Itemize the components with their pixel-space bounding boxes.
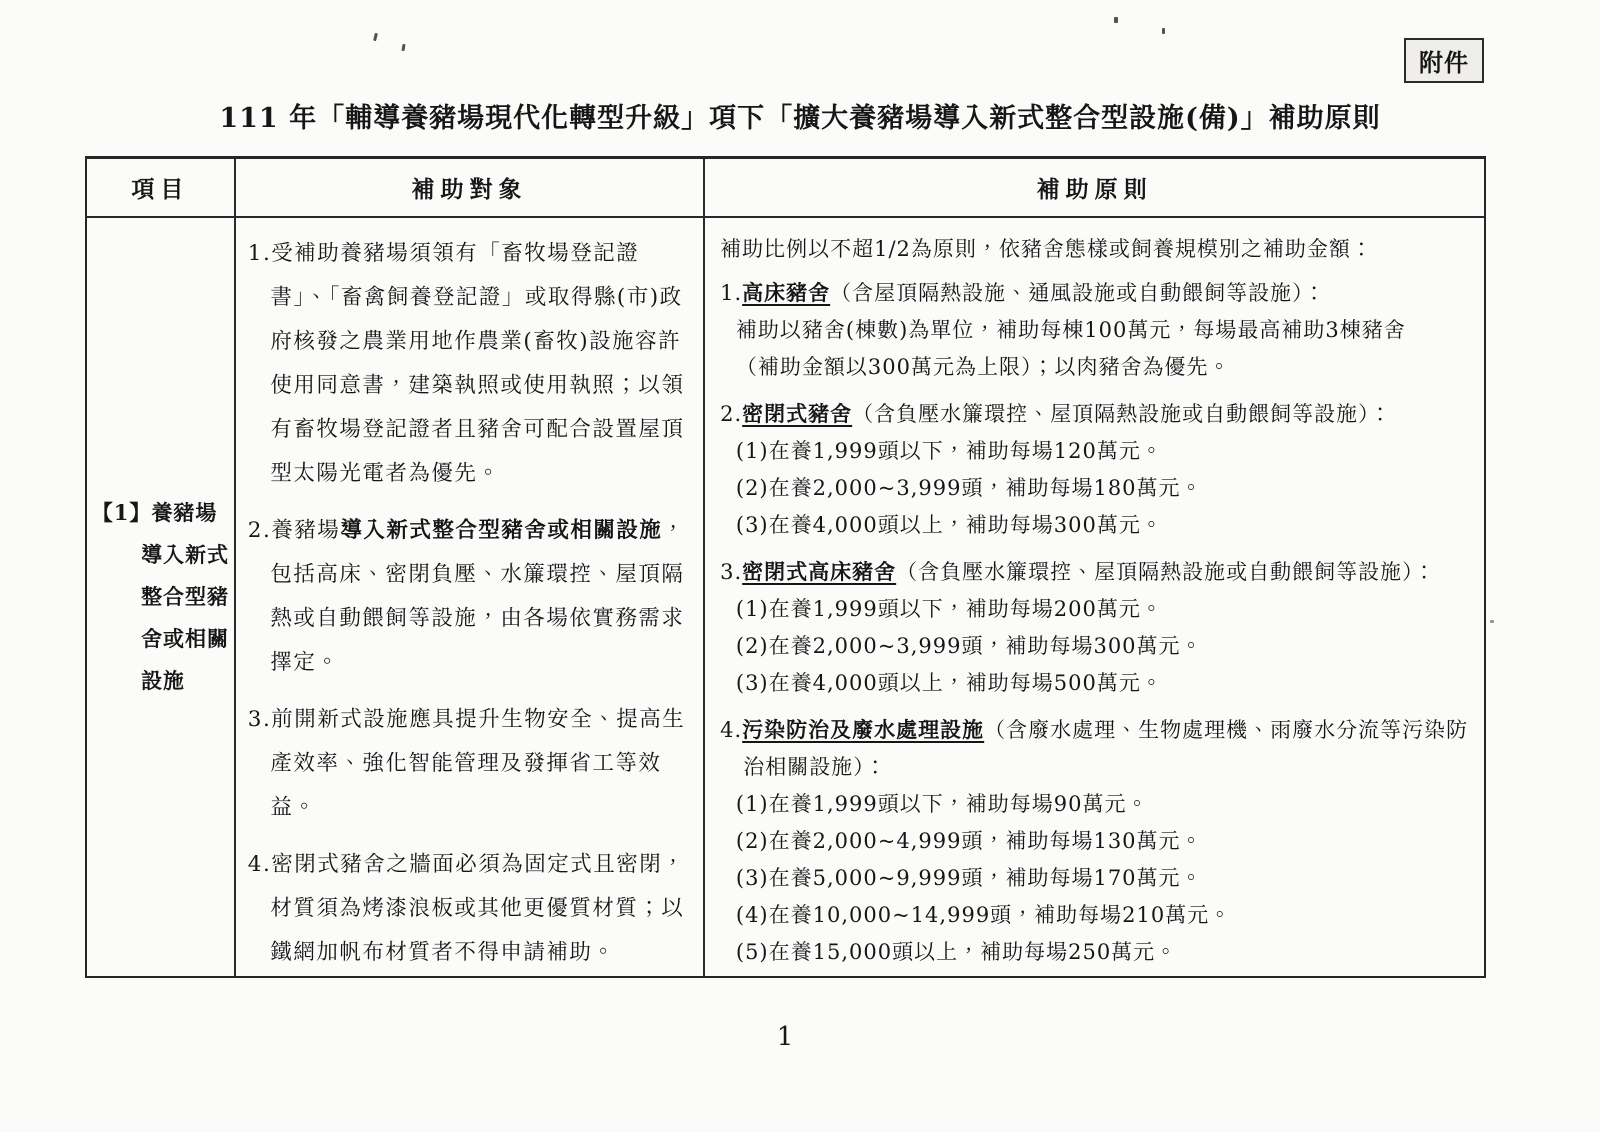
principle-item: 1.高床豬舍（含屋頂隔熱設施、通風設施或自動餵飼等設施）：補助以豬舍(棟數)為單…	[720, 274, 1470, 386]
principle-item-paren: （含屋頂隔熱設施、通風設施或自動餵飼等設施）：	[830, 281, 1326, 305]
principle-item-name: 密閉式豬舍	[742, 401, 852, 426]
attachment-badge-label: 附件	[1419, 43, 1469, 78]
principle-item: 3.密閉式高床豬舍（含負壓水簾環控、屋頂隔熱設施或自動餵飼等設施）：(1)在養1…	[720, 553, 1470, 702]
scan-speck	[401, 44, 405, 51]
principle-line: (2)在養2,000~4,999頭，補助每場130萬元。	[720, 823, 1470, 860]
column-header-principle: 補助原則	[703, 159, 1484, 218]
scan-speck	[1490, 620, 1494, 623]
principle-item-paren: （含負壓水簾環控、屋頂隔熱設施或自動餵飼等設施）：	[852, 402, 1392, 426]
target-item: 4.密閉式豬舍之牆面必須為固定式且密閉，材質須為烤漆浪板或其他更優質材質；以鐵網…	[248, 843, 692, 975]
principle-line: (1)在養1,999頭以下，補助每場200萬元。	[720, 591, 1470, 628]
target-item-text: 前開新式設施應具提升生物安全、提高生產效率、強化智能管理及發揮省工等效益。	[270, 707, 685, 820]
table-body-row: 【1】養豬場 導入新式 整合型豬 舍或相關 設施 1.受補助養豬場須領有「畜牧場…	[87, 218, 1484, 976]
principle-line: 補助以豬舍(棟數)為單位，補助每棟100萬元，每場最高補助3棟豬舍	[720, 312, 1470, 349]
target-item-text: 受補助養豬場須領有「畜牧場登記證書」、「畜禽飼養登記證」或取得縣(市)政府核發之…	[270, 241, 684, 486]
principle-item-header: 3.密閉式高床豬舍（含負壓水簾環控、屋頂隔熱設施或自動餵飼等設施）：	[720, 553, 1470, 591]
principle-line: (4)在養10,000~14,999頭，補助每場210萬元。	[720, 897, 1470, 934]
principle-item-number: 2.	[720, 402, 742, 426]
principle-item-name: 密閉式高床豬舍	[742, 559, 896, 584]
target-item: 1.受補助養豬場須領有「畜牧場登記證書」、「畜禽飼養登記證」或取得縣(市)政府核…	[248, 232, 692, 496]
principle-item-name: 污染防治及廢水處理設施	[742, 717, 984, 742]
target-item: 3.前開新式設施應具提升生物安全、提高生產效率、強化智能管理及發揮省工等效益。	[248, 698, 692, 830]
principle-item: 4.污染防治及廢水處理設施（含廢水處理、生物處理機、雨廢水分流等污染防治相關設施…	[720, 711, 1470, 971]
principle-item-number: 3.	[720, 560, 742, 584]
principle-item-header: 4.污染防治及廢水處理設施（含廢水處理、生物處理機、雨廢水分流等污染防治相關設施…	[720, 711, 1470, 786]
target-item-text: 養豬場	[271, 518, 340, 543]
target-item-text: 導入新式整合型豬舍或相關設施	[340, 518, 662, 543]
principle-item-number: 1.	[720, 281, 742, 305]
principle-line: (3)在養4,000頭以上，補助每場300萬元。	[720, 507, 1470, 544]
column-header-target: 補助對象	[234, 159, 703, 218]
principle-line: (2)在養2,000~3,999頭，補助每場180萬元。	[720, 470, 1470, 507]
principle-item-header: 1.高床豬舍（含屋頂隔熱設施、通風設施或自動餵飼等設施）：	[720, 274, 1470, 312]
table-header-row: 項目 補助對象 補助原則	[87, 159, 1484, 218]
principle-line: (2)在養2,000~3,999頭，補助每場300萬元。	[720, 628, 1470, 665]
principle-item: 2.密閉式豬舍（含負壓水簾環控、屋頂隔熱設施或自動餵飼等設施）：(1)在養1,9…	[720, 395, 1470, 544]
principle-line: （補助金額以300萬元為上限）；以肉豬舍為優先。	[720, 349, 1470, 386]
cell-subsidy-principles: 補助比例以不超1/2為原則，依豬舍態樣或飼養規模別之補助金額：1.高床豬舍（含屋…	[703, 218, 1484, 976]
principle-item-name: 高床豬舍	[742, 280, 830, 305]
item-label: 【1】養豬場 導入新式 整合型豬 舍或相關 設施	[92, 492, 229, 702]
principle-line: (5)在養15,000頭以上，補助每場250萬元。	[720, 934, 1470, 971]
document-title: 111 年「輔導養豬場現代化轉型升級」項下「擴大養豬場導入新式整合型設施(備)」…	[0, 96, 1600, 135]
principles-intro: 補助比例以不超1/2為原則，依豬舍態樣或飼養規模別之補助金額：	[720, 231, 1470, 267]
subsidy-table: 項目 補助對象 補助原則 【1】養豬場 導入新式 整合型豬 舍或相關 設施 1.…	[85, 156, 1486, 978]
target-item-text: 密閉式豬舍之牆面必須為固定式且密閉，材質須為烤漆浪板或其他更優質材質；以鐵網加帆…	[270, 852, 685, 965]
scan-speck	[1114, 17, 1118, 23]
cell-subsidy-targets: 1.受補助養豬場須領有「畜牧場登記證書」、「畜禽飼養登記證」或取得縣(市)政府核…	[234, 218, 703, 976]
scan-speck	[373, 33, 378, 41]
scan-speck	[1162, 28, 1165, 34]
principle-item-paren: （含負壓水簾環控、屋頂隔熱設施或自動餵飼等設施）：	[896, 560, 1436, 584]
cell-item: 【1】養豬場 導入新式 整合型豬 舍或相關 設施	[87, 218, 234, 976]
target-item-number: 4.	[248, 852, 272, 877]
principle-item-number: 4.	[720, 718, 742, 742]
attachment-badge: 附件	[1404, 38, 1484, 83]
page-number: 1	[0, 1022, 1570, 1052]
principle-line: (1)在養1,999頭以下，補助每場90萬元。	[720, 786, 1470, 823]
principle-line: (1)在養1,999頭以下，補助每場120萬元。	[720, 433, 1470, 470]
target-item-number: 3.	[248, 707, 272, 732]
target-item: 2.養豬場導入新式整合型豬舍或相關設施，包括高床、密閉負壓、水簾環控、屋頂隔熱或…	[248, 509, 692, 685]
principle-line: (3)在養5,000~9,999頭，補助每場170萬元。	[720, 860, 1470, 897]
column-header-item: 項目	[87, 159, 234, 218]
target-item-number: 1.	[248, 241, 272, 266]
target-item-number: 2.	[248, 518, 272, 543]
principle-line: (3)在養4,000頭以上，補助每場500萬元。	[720, 665, 1470, 702]
principle-item-header: 2.密閉式豬舍（含負壓水簾環控、屋頂隔熱設施或自動餵飼等設施）：	[720, 395, 1470, 433]
